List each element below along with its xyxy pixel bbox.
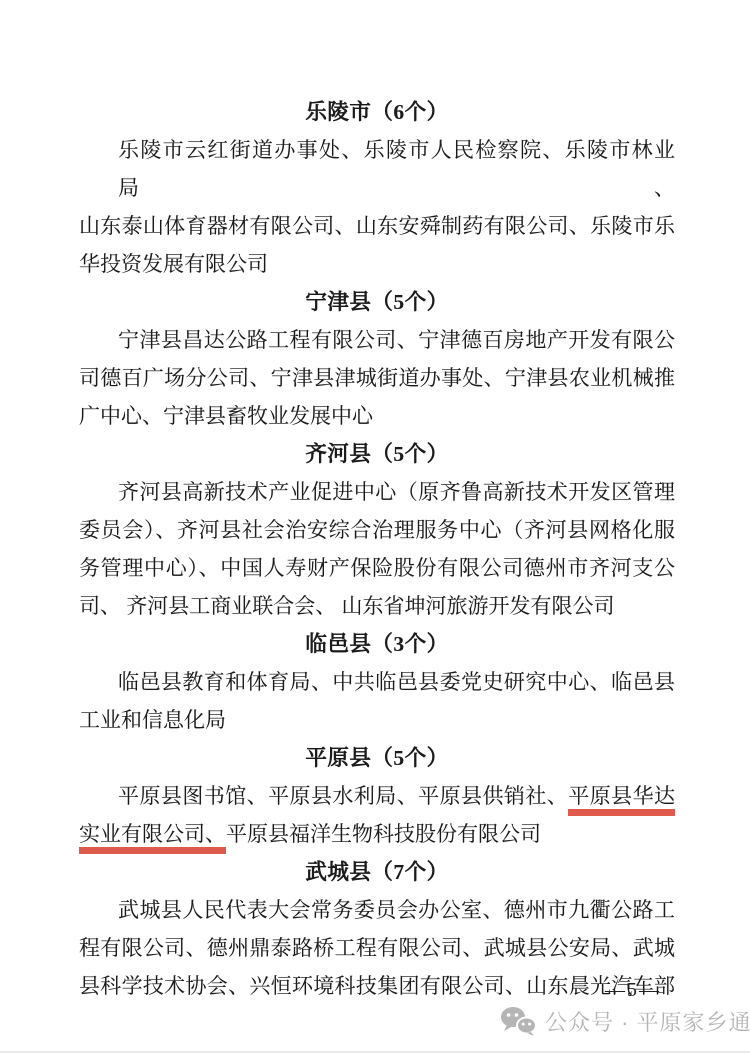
county-section: 临邑县（3个）临邑县教育和体育局、中共临邑县委党史研究中心、临邑县工业和信息化局 — [79, 625, 675, 739]
text-segment: 宁津县昌达公路工程有限公司、宁津德百房地产开发有限公 — [118, 328, 675, 352]
company-paragraph: 平原县图书馆、平原县水利局、平原县供销社、平原县华达实业有限公司、平原县福洋生物… — [79, 777, 675, 853]
text-line: 县科学技术协会、兴恒环境科技集团有限公司、山东晨光汽车部 — [79, 967, 675, 1005]
county-heading: 宁津县（5个） — [79, 283, 675, 321]
text-segment: 华投资发展有限公司 — [79, 252, 268, 276]
company-paragraph: 齐河县高新技术产业促进中心（原齐鲁高新技术开发区管理委员会）、齐河县社会治安综合… — [79, 473, 675, 625]
text-segment: 程有限公司、德州鼎泰路桥工程有限公司、武城县公安局、武城 — [79, 936, 675, 960]
text-line: 程有限公司、德州鼎泰路桥工程有限公司、武城县公安局、武城 — [79, 929, 675, 967]
text-segment: 务管理中心）、中国人寿财产保险股份有限公司德州市齐河支公 — [79, 556, 675, 580]
text-line: 临邑县教育和体育局、中共临邑县委党史研究中心、临邑县 — [79, 663, 675, 701]
document-page: 乐陵市（6个）乐陵市云红街道办事处、乐陵市人民检察院、乐陵市林业局、山东泰山体育… — [0, 0, 750, 1058]
text-segment: 乐陵市云红街道办事处、乐陵市人民检察院、乐陵市林业局、 — [118, 138, 675, 200]
text-segment: 工业和信息化局 — [79, 708, 226, 732]
text-line: 委员会）、齐河县社会治安综合治理服务中心（齐河县网格化服 — [79, 511, 675, 549]
text-line: 实业有限公司、平原县福洋生物科技股份有限公司 — [79, 815, 675, 853]
bottom-divider — [0, 1051, 750, 1053]
county-section: 平原县（5个）平原县图书馆、平原县水利局、平原县供销社、平原县华达实业有限公司、… — [79, 739, 675, 853]
text-segment: 武城县人民代表大会常务委员会办公室、德州市九衢公路工 — [118, 898, 675, 922]
text-segment: 山东泰山体育器材有限公司、山东安舜制药有限公司、乐陵市乐 — [79, 214, 675, 238]
text-line: 务管理中心）、中国人寿财产保险股份有限公司德州市齐河支公 — [79, 549, 675, 587]
text-line: 司德百广场分公司、宁津县津城街道办事处、宁津县农业机械推 — [79, 359, 675, 397]
county-section: 宁津县（5个）宁津县昌达公路工程有限公司、宁津德百房地产开发有限公司德百广场分公… — [79, 283, 675, 435]
text-line: 广中心、宁津县畜牧业发展中心 — [79, 397, 675, 435]
red-underlined-text: 平原县华达 — [568, 784, 675, 816]
text-segment: 县科学技术协会、兴恒环境科技集团有限公司、山东晨光汽车部 — [79, 974, 675, 998]
company-paragraph: 武城县人民代表大会常务委员会办公室、德州市九衢公路工程有限公司、德州鼎泰路桥工程… — [79, 891, 675, 1005]
text-line: 司、 齐河县工商业联合会、 山东省坤河旅游开发有限公司 — [79, 587, 675, 625]
text-segment: 广中心、宁津县畜牧业发展中心 — [79, 404, 373, 428]
page-number: —5— — [598, 979, 668, 1002]
text-line: 乐陵市云红街道办事处、乐陵市人民检察院、乐陵市林业局、 — [79, 131, 675, 207]
text-segment: 平原县福洋生物科技股份有限公司 — [226, 822, 541, 846]
company-paragraph: 乐陵市云红街道办事处、乐陵市人民检察院、乐陵市林业局、山东泰山体育器材有限公司、… — [79, 131, 675, 283]
text-segment: 平原县图书馆、平原县水利局、平原县供销社、 — [118, 784, 568, 808]
watermark-text: 公众号 · 平原家乡通 — [545, 1006, 750, 1037]
text-line: 宁津县昌达公路工程有限公司、宁津德百房地产开发有限公 — [79, 321, 675, 359]
text-line: 武城县人民代表大会常务委员会办公室、德州市九衢公路工 — [79, 891, 675, 929]
document-content: 乐陵市（6个）乐陵市云红街道办事处、乐陵市人民检察院、乐陵市林业局、山东泰山体育… — [79, 93, 675, 1005]
watermark: 公众号 · 平原家乡通 — [500, 1006, 750, 1037]
text-segment: 委员会）、齐河县社会治安综合治理服务中心（齐河县网格化服 — [79, 518, 675, 542]
text-segment: 司、 齐河县工商业联合会、 山东省坤河旅游开发有限公司 — [79, 594, 615, 618]
text-line: 工业和信息化局 — [79, 701, 675, 739]
text-segment: 齐河县高新技术产业促进中心（原齐鲁高新技术开发区管理 — [118, 480, 675, 504]
county-section: 乐陵市（6个）乐陵市云红街道办事处、乐陵市人民检察院、乐陵市林业局、山东泰山体育… — [79, 93, 675, 283]
county-heading: 临邑县（3个） — [79, 625, 675, 663]
county-heading: 武城县（7个） — [79, 853, 675, 891]
text-line: 齐河县高新技术产业促进中心（原齐鲁高新技术开发区管理 — [79, 473, 675, 511]
text-line: 平原县图书馆、平原县水利局、平原县供销社、平原县华达 — [79, 777, 675, 815]
text-segment: 临邑县教育和体育局、中共临邑县委党史研究中心、临邑县 — [118, 670, 675, 694]
company-paragraph: 临邑县教育和体育局、中共临邑县委党史研究中心、临邑县工业和信息化局 — [79, 663, 675, 739]
county-heading: 平原县（5个） — [79, 739, 675, 777]
company-paragraph: 宁津县昌达公路工程有限公司、宁津德百房地产开发有限公司德百广场分公司、宁津县津城… — [79, 321, 675, 435]
wechat-icon — [500, 1006, 538, 1037]
county-heading: 乐陵市（6个） — [79, 93, 675, 131]
county-section: 武城县（7个）武城县人民代表大会常务委员会办公室、德州市九衢公路工程有限公司、德… — [79, 853, 675, 1005]
county-heading: 齐河县（5个） — [79, 435, 675, 473]
text-segment: 司德百广场分公司、宁津县津城街道办事处、宁津县农业机械推 — [79, 366, 675, 390]
text-line: 山东泰山体育器材有限公司、山东安舜制药有限公司、乐陵市乐 — [79, 207, 675, 245]
text-line: 华投资发展有限公司 — [79, 245, 675, 283]
county-section: 齐河县（5个）齐河县高新技术产业促进中心（原齐鲁高新技术开发区管理委员会）、齐河… — [79, 435, 675, 625]
red-underlined-text: 实业有限公司、 — [79, 822, 226, 854]
